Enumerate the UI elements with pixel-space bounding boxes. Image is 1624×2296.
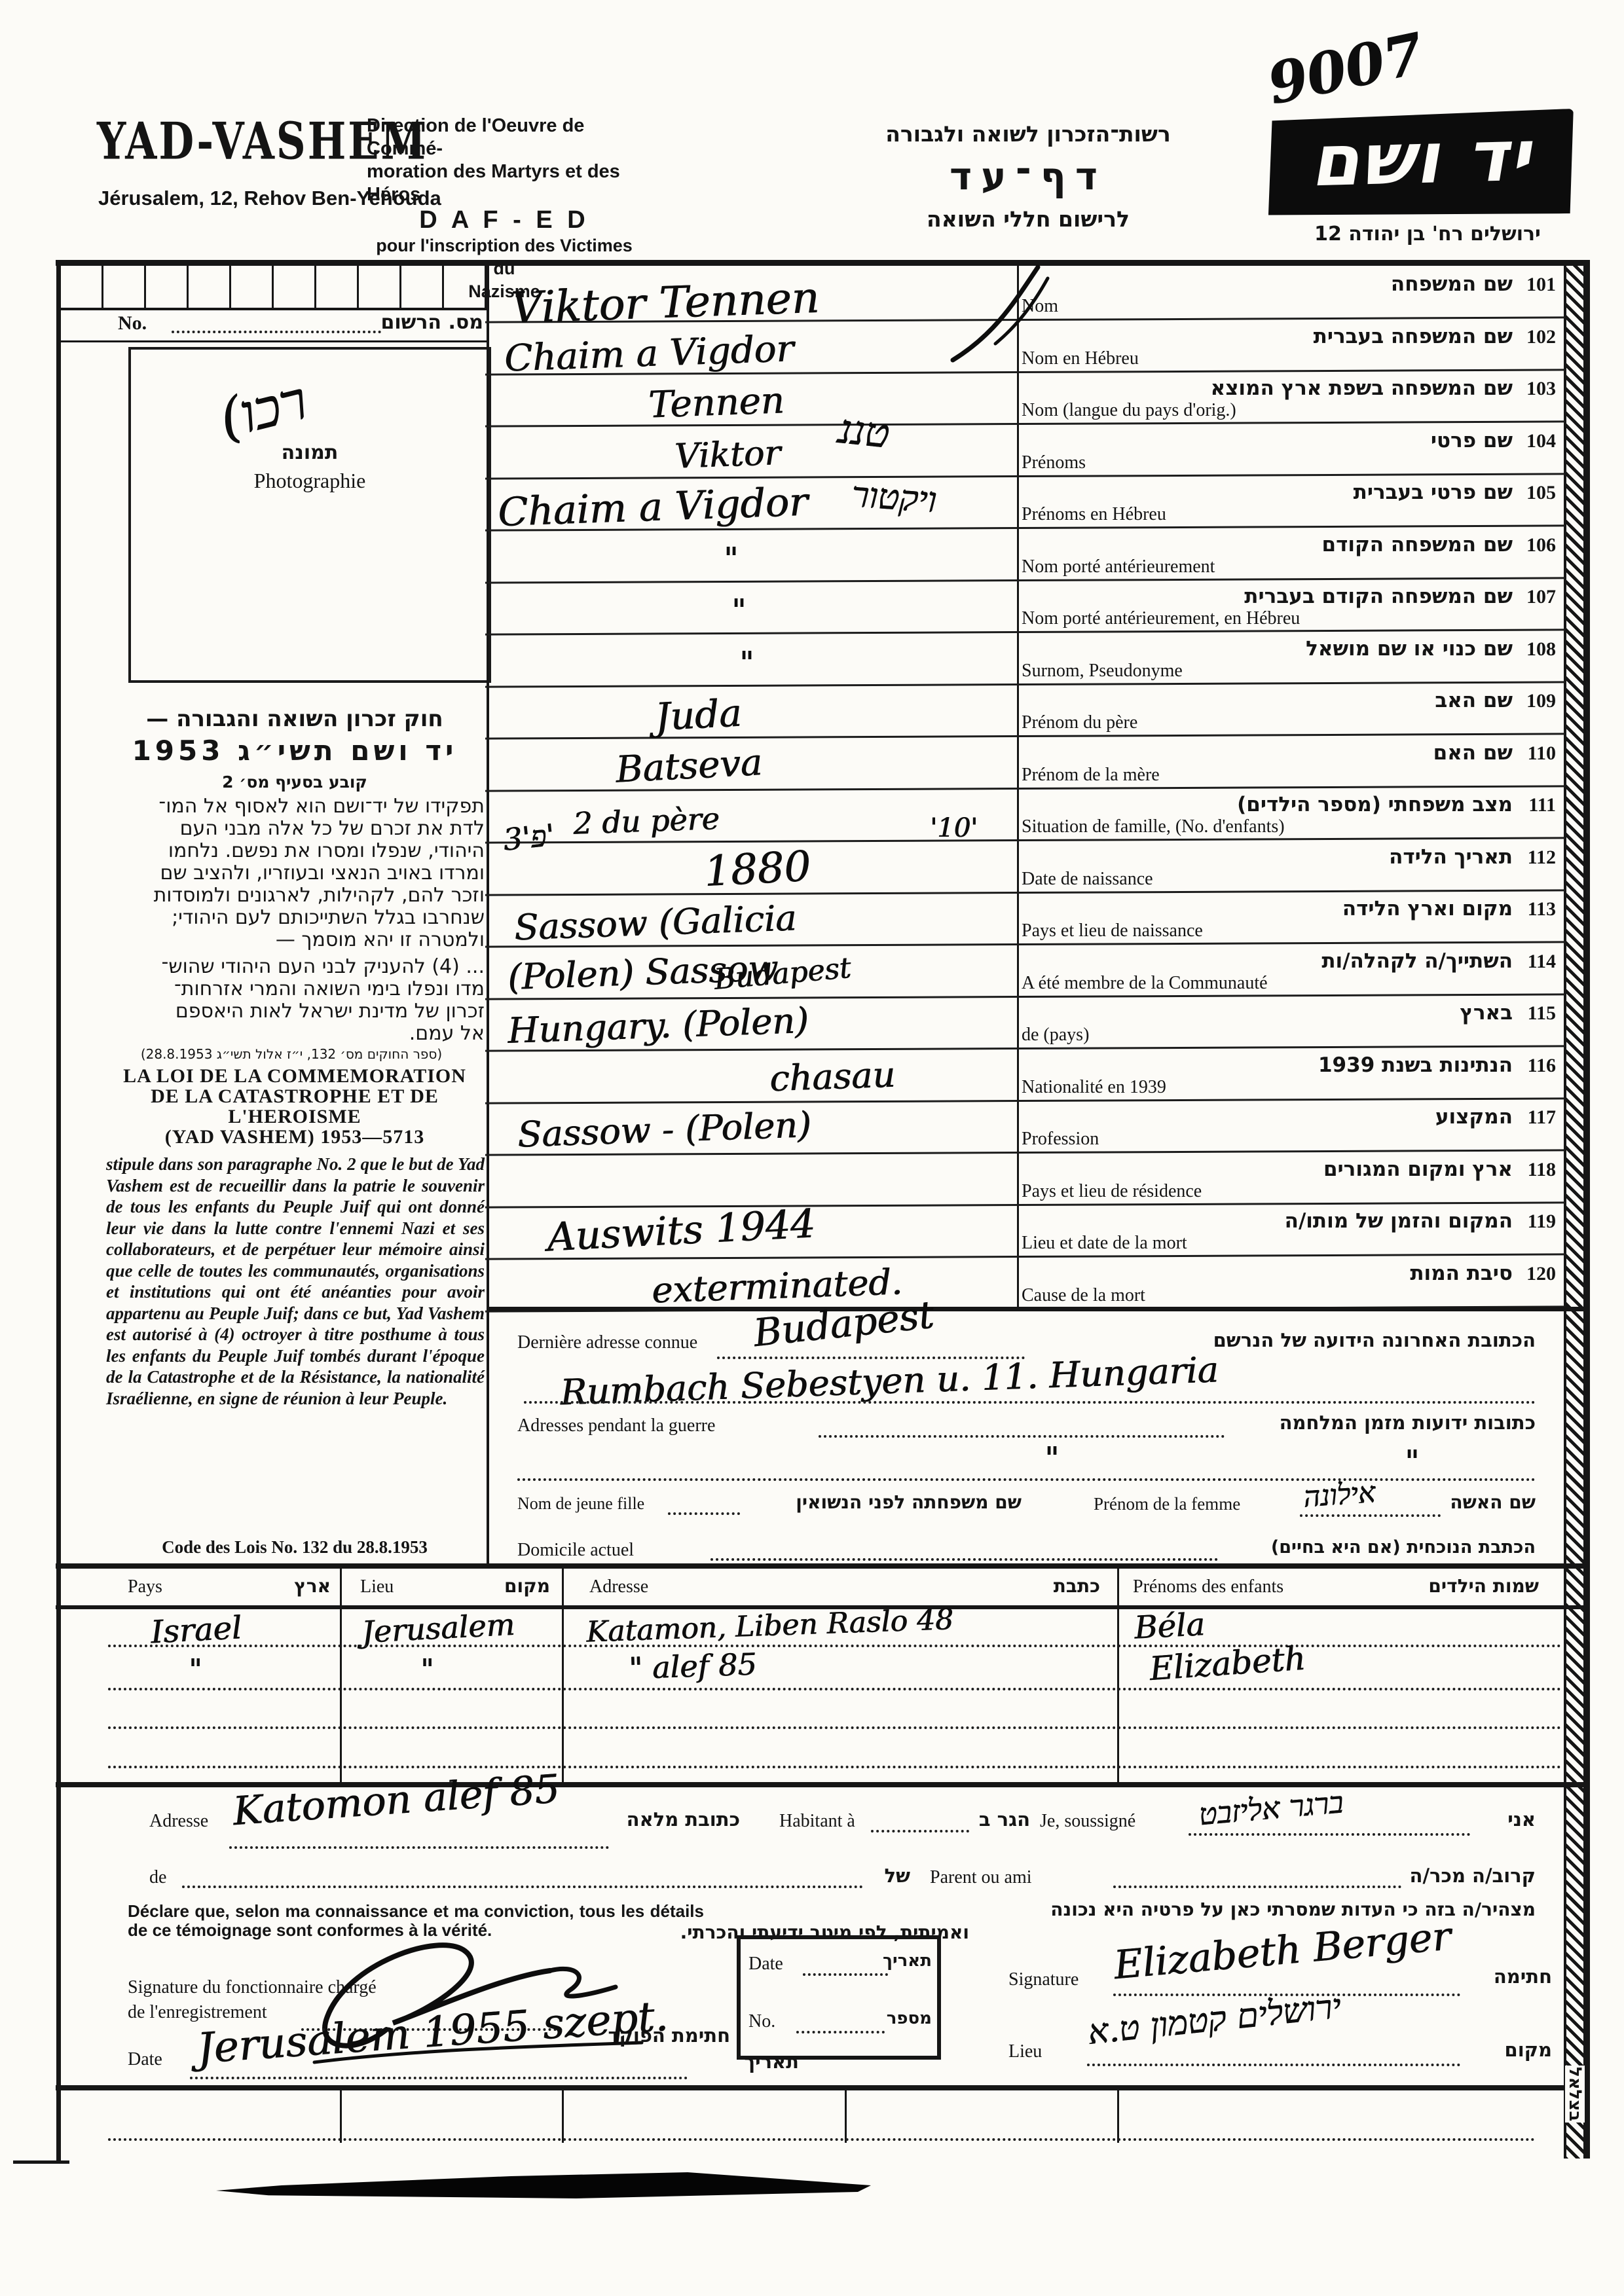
handwritten-value: exterminated. <box>651 1261 903 1311</box>
box-date-dotline <box>803 1973 888 1976</box>
war-addresses-label-french: Adresses pendant la guerre <box>517 1415 715 1436</box>
parent-ami-dotline <box>1113 1886 1401 1888</box>
field-label-hebrew: המקום והזמן של מותו/ה <box>1285 1209 1513 1233</box>
field-label-hebrew: שם המשפחה בשפת ארץ המוצא <box>1211 376 1513 400</box>
law-french-title-line: L'HEROISME <box>105 1106 485 1127</box>
dafed-title: D A F - E D <box>367 209 642 232</box>
field-number: 120 <box>1526 1263 1556 1285</box>
handwritten-value: Hungary. (Polen) <box>507 1000 809 1051</box>
habitant-dotline <box>871 1830 969 1832</box>
handwritten-hebrew-row104: ויקטור <box>850 474 938 521</box>
top-cells-row <box>61 262 488 310</box>
handwritten-value: Tennen <box>648 379 785 426</box>
wife-name-label-french: Prénom de la femme <box>1094 1494 1240 1514</box>
handwritten-value: Batseva <box>614 741 763 792</box>
handwritten-value: Sassow - (Polen) <box>517 1104 812 1156</box>
children-row-dotline-3 <box>108 1726 1562 1729</box>
bottom-dotline <box>108 2138 1536 2141</box>
maiden-name-label-hebrew: שם משפחתה לפני הנשואין <box>747 1491 1022 1513</box>
children-header-adresse-he: כתבת <box>969 1575 1100 1597</box>
law-hebrew-body-line: תפקידו של יד־ושם הוא לאסוף אל המו־ <box>106 795 485 818</box>
law-french-title: LA LOI DE LA COMMEMORATIONDE LA CATASTRO… <box>105 1066 485 1147</box>
pen-flourish-icon <box>917 262 1061 373</box>
handwritten-value: Sassow (Galicia <box>513 897 797 948</box>
yad-vashem-logo: יד ושם <box>1266 109 1576 221</box>
domicile-label-hebrew: הכתבת הנוכחית (אם היא בחיים) <box>1225 1537 1536 1558</box>
registry-no-hebrew: מס. הרשום <box>385 311 483 334</box>
field-number: 105 <box>1526 482 1556 504</box>
photo-label-french: Photographie <box>131 469 489 493</box>
handwritten-value: Viktor <box>674 433 781 477</box>
child-row2-pays: " <box>189 1653 202 1686</box>
law-french-body: stipule dans son paragraphe No. 2 que le… <box>106 1154 485 1409</box>
field-number: 113 <box>1528 898 1556 920</box>
field-label-french: Nationalité en 1939 <box>1022 1077 1166 1098</box>
adresse-dotline <box>229 1846 609 1849</box>
parent-ami-label: Parent ou ami <box>930 1867 1032 1888</box>
child-row1-adresse: Katamon, Liben Raslo 48 <box>585 1603 953 1649</box>
date-label-hebrew: תאריך <box>714 2050 799 2073</box>
handwritten-wife-name: אילונה <box>1302 1476 1376 1514</box>
header-hebrew-authority: רשות־הזכרון לשואה ולגבורה <box>871 121 1185 147</box>
field-label-french: Nom porté antérieurement <box>1022 556 1215 577</box>
field-label-french: Nom (langue du pays d'orig.) <box>1022 400 1236 421</box>
field-label-french: Prénom du père <box>1022 712 1137 733</box>
header-hebrew-dafed: דף־עד <box>871 154 1185 198</box>
field-label-french: Nom porté antérieurement, en Hébreu <box>1022 608 1300 629</box>
form-row: 105 שם פרטי בעברית Prénoms en Hébreu Cha… <box>488 477 1565 529</box>
children-header-lieu-he: מקום <box>468 1575 550 1597</box>
field-label-french: Cause de la mort <box>1022 1285 1145 1306</box>
handwritten-value: Viktor Tennen <box>510 272 820 333</box>
official-signature-label-line2: de l'enregistrement <box>128 2002 267 2023</box>
photo-label-hebrew: תמונה <box>131 441 489 464</box>
habitant-label-hebrew: הגר ב <box>974 1808 1030 1831</box>
form-row: 115 בארץ de (pays) Hungary. (Polen) <box>488 997 1565 1049</box>
field-label-hebrew: סיבת המות <box>1410 1262 1513 1285</box>
date-dotline <box>190 2077 688 2079</box>
de-dotline <box>182 1886 863 1888</box>
field-label-hebrew: שם פרטי <box>1431 429 1513 452</box>
form-row: 118 ארץ ומקום המגורים Pays et lieu de ré… <box>488 1154 1565 1206</box>
handwritten-soussigne-value: ברגר אליזבט <box>1197 1784 1344 1832</box>
box-date-label-hebrew: תאריך <box>883 1951 932 1971</box>
field-label-hebrew: שם האב <box>1435 689 1513 712</box>
wife-name-dotline <box>1300 1514 1441 1517</box>
field-number: 118 <box>1528 1159 1556 1181</box>
field-number: 115 <box>1528 1002 1556 1025</box>
photo-scribble: (רכו <box>213 369 312 450</box>
child-row2-lieu: " <box>420 1653 434 1686</box>
children-row-dotline-4 <box>108 1766 1562 1768</box>
lieu-label: Lieu <box>1008 2041 1042 2062</box>
form-row: 114 השתייך/ה לקהלה/ות A été membre de la… <box>488 945 1565 998</box>
form-row: 112 תאריך הלידה Date de naissance 1880 <box>488 841 1565 894</box>
children-row-dotline-1 <box>108 1645 1562 1647</box>
bottom-stub-1 <box>340 2090 342 2143</box>
handwritten-page-number: 9007 <box>1262 20 1429 118</box>
registry-row-rule <box>61 340 488 342</box>
field-label-hebrew: מקום וארץ הלידה <box>1342 897 1513 920</box>
children-header-lieu: Lieu <box>360 1576 394 1597</box>
field-label-hebrew: ארץ ומקום המגורים <box>1323 1157 1513 1181</box>
child-row1-prenom: Béla <box>1134 1606 1206 1647</box>
signature-label: Signature <box>1008 1969 1079 1990</box>
law-hebrew-body: תפקידו של יד־ושם הוא לאסוף אל המו־לדת את… <box>106 795 485 951</box>
printer-mark-vertical: בצלאל <box>1565 2066 1585 2123</box>
soussigne-label: Je, soussigné <box>1040 1811 1135 1832</box>
law-hebrew-clause: ... (4) להעניק לבני העם היהודי שהוש־מדו … <box>106 956 485 1045</box>
war-addresses-dotline2 <box>517 1478 1536 1481</box>
lieu-dotline <box>1087 2064 1460 2066</box>
law-hebrew-body-line: היהודי, שנפלו ומסרו את נפשם. נלחמו <box>106 840 485 862</box>
form-row: 106 שם המשפחה הקודם Nom porté antérieure… <box>488 529 1565 581</box>
field-label-hebrew: שם המשפחה הקודם בעברית <box>1244 585 1513 608</box>
adresse-label: Adresse <box>149 1811 208 1832</box>
law-hebrew-body-line: שנחרבו בגלל השתייכותם לעם היהודי; <box>106 907 485 929</box>
field-label-hebrew: המקצוע <box>1435 1105 1513 1129</box>
signature-label-hebrew: חתימה <box>1480 1965 1552 1988</box>
form-row: 117 המקצוע Profession Sassow - (Polen) <box>488 1101 1565 1154</box>
left-border-foot <box>13 2160 69 2164</box>
field-label-french: Prénoms en Hébreu <box>1022 504 1166 525</box>
handwritten-value: Chaim a Vigdor <box>497 479 809 536</box>
form-row: 109 שם האב Prénom du père Juda <box>488 685 1565 737</box>
law-french-title-line: DE LA CATASTROPHE ET DE <box>105 1086 485 1106</box>
law-hebrew-source: (ספר החוקים מס׳ 132, י״ז אלול תשי״ג 28.8… <box>98 1046 485 1062</box>
field-number: 112 <box>1528 847 1556 869</box>
law-hebrew-body-line: וזכר להם, לקהילות, לארגונים ולמוסדות <box>106 884 485 907</box>
children-col-divider-1 <box>340 1569 342 1782</box>
box-no-label: No. <box>748 2011 775 2032</box>
field-number: 104 <box>1526 430 1556 452</box>
field-label-hebrew: תאריך הלידה <box>1389 845 1513 869</box>
field-number: 108 <box>1526 638 1556 661</box>
form-row: 119 המקום והזמן של מותו/ה Lieu et date d… <box>488 1205 1565 1258</box>
box-no-label-hebrew: מספר <box>887 2009 932 2028</box>
handwritten-value: Juda <box>654 691 743 740</box>
handwritten-value: " <box>739 645 754 682</box>
header-hebrew-sub: לרישום חללי השואה <box>871 206 1185 232</box>
habitant-label: Habitant à <box>779 1811 855 1832</box>
handwritten-value: chasau <box>769 1053 896 1099</box>
form-row: 108 שם כנוי או שם מושאל Surnom, Pseudony… <box>488 633 1565 685</box>
law-hebrew-clause-line: מדו ונפלו בימי השואה והמרי אזרחות־ <box>106 978 485 1000</box>
children-table-top-rule <box>56 1563 1590 1569</box>
bottom-rule <box>56 2085 1590 2090</box>
form-row: 110 שם האם Prénom de la mère Batseva <box>488 737 1565 790</box>
de-label-hebrew: של <box>871 1865 910 1887</box>
children-header-pays: Pays <box>128 1576 162 1597</box>
registry-no-label: No. <box>118 312 147 335</box>
law-hebrew-body-line: לדת את זכרם של כל אלה מבני העם <box>106 818 485 840</box>
handwritten-row111-left: פ'3' <box>501 817 556 858</box>
handwritten-value: 1880 <box>703 842 812 896</box>
soussigne-label-hebrew: אני <box>1486 1808 1536 1831</box>
field-label-hebrew: שם פרטי בעברית <box>1354 481 1513 504</box>
domicile-dotline <box>710 1558 1218 1561</box>
right-border-outer <box>1583 260 1590 2159</box>
children-header-pays-he: ארץ <box>255 1575 331 1597</box>
field-number: 101 <box>1526 274 1556 296</box>
field-label-hebrew: השתייך/ה לקהלה/ות <box>1321 949 1513 973</box>
field-number: 109 <box>1526 690 1556 712</box>
field-number: 111 <box>1528 794 1556 816</box>
de-label: de <box>149 1867 166 1888</box>
scan-smear <box>216 2172 871 2198</box>
field-label-french: Pays et lieu de naissance <box>1022 920 1203 941</box>
handwritten-war-ditto2: " <box>1405 1444 1419 1480</box>
field-number: 103 <box>1526 378 1556 400</box>
field-label-french: Pays et lieu de résidence <box>1022 1181 1202 1202</box>
handwritten-value: Auswits 1944 <box>545 1201 816 1260</box>
lieu-label-hebrew: מקום <box>1480 2039 1552 2061</box>
handwritten-row111-right: '10' <box>930 813 978 843</box>
handwritten-value: " <box>724 541 738 577</box>
form-row: 103 שם המשפחה בשפת ארץ המוצא Nom (langue… <box>488 373 1565 425</box>
field-label-hebrew: שם המשפחה <box>1391 272 1513 296</box>
child-row1-lieu: Jerusalem <box>361 1607 515 1650</box>
children-col-divider-3 <box>1117 1569 1119 1782</box>
soussigne-dotline <box>1189 1833 1470 1836</box>
wife-name-label-hebrew: שם האשה <box>1450 1491 1536 1513</box>
handwritten-value: 2 du père <box>572 801 720 841</box>
bottom-stub-2 <box>562 2090 564 2143</box>
field-number: 110 <box>1528 742 1556 765</box>
field-number: 116 <box>1528 1055 1556 1077</box>
law-hebrew-body-line: ומרדו באויב הנאצי ובעוזריו, ולהציב שם <box>106 862 485 884</box>
field-label-french: Lieu et date de la mort <box>1022 1233 1187 1254</box>
law-french-code: Code des Lois No. 132 du 28.8.1953 <box>105 1537 485 1558</box>
law-hebrew-title3: קובע בסעיף מס׳ 2 <box>105 773 485 792</box>
children-header-prenoms: Prénoms des enfants <box>1133 1576 1283 1597</box>
direction-line1: Direction de l'Oeuvre de Commé- <box>367 115 642 160</box>
law-hebrew-title2: יד ושם תשי״ג 1953 <box>105 735 485 767</box>
law-hebrew-clause-line: זכרון של מדינת ישראל לאות היאספם <box>106 1000 485 1023</box>
logo-caption: ירושלים רח' בן יהודה 12 <box>1283 223 1572 246</box>
field-number: 114 <box>1528 951 1556 973</box>
field-number: 102 <box>1526 326 1556 348</box>
war-addresses-dotline1 <box>819 1435 1225 1438</box>
form-row: 116 הנתינות בשנת 1939 Nationalité en 193… <box>488 1049 1565 1102</box>
adresse-label-hebrew: כתובת מלאה <box>612 1808 740 1831</box>
daf-ed-form-page: 9007 YAD-VASHEM Jérusalem, 12, Rehov Ben… <box>0 0 1624 2296</box>
form-row: 111 מצב משפחתי (מספר הילדים) Situation d… <box>488 789 1565 841</box>
field-label-hebrew: בארץ <box>1460 1001 1513 1025</box>
form-row: 107 שם המשפחה הקודם בעברית Nom porté ant… <box>488 581 1565 633</box>
field-number: 107 <box>1526 586 1556 608</box>
last-address-label-hebrew: הכתובת האחרונה הידועה של הנרשם <box>1218 1329 1536 1351</box>
field-label-french: Profession <box>1022 1129 1099 1150</box>
field-label-french: Situation de famille, (No. d'enfants) <box>1022 816 1285 837</box>
handwritten-war-ditto1: " <box>1044 1440 1059 1477</box>
handwritten-lieu-value: ירושלים קטמון ט.א <box>1086 1987 1343 2052</box>
form-row: 113 מקום וארץ הלידה Pays et lieu de nais… <box>488 893 1565 945</box>
child-row2-adresse: " alef 85 <box>628 1647 757 1686</box>
bottom-stub-3 <box>845 2090 847 2143</box>
registry-no-line <box>172 331 381 333</box>
field-label-hebrew: שם המשפחה הקודם <box>1322 533 1513 556</box>
children-row-dotline-2 <box>108 1688 1562 1690</box>
box-date-label: Date <box>748 1954 783 1975</box>
handwritten-value: " <box>731 592 746 629</box>
law-french-title-line: (YAD VASHEM) 1953—5713 <box>105 1127 485 1147</box>
field-label-hebrew: שם כנוי או שם מושאל <box>1306 637 1513 661</box>
direction-line2: moration des Martyrs et des Héros <box>367 160 642 206</box>
bottom-stub-4 <box>1117 2090 1119 2143</box>
domicile-label-french: Domicile actuel <box>517 1540 634 1561</box>
field-label-french: A été membre de la Communauté <box>1022 973 1268 994</box>
children-header-prenoms-he: שמות הילדים <box>1388 1575 1539 1597</box>
handwritten-signature-value: Elizabeth Berger <box>1112 1914 1452 1989</box>
photo-box: (רכו תמונה Photographie <box>128 347 491 683</box>
right-border <box>1564 260 1590 2159</box>
left-border <box>56 260 61 2162</box>
parent-ami-label-hebrew: קרוב/ה מכר/ה <box>1408 1865 1536 1887</box>
field-number: 117 <box>1528 1106 1556 1129</box>
law-hebrew-title1: חוק זכרון השואה והגבורה — <box>105 706 485 732</box>
field-label-french: de (pays) <box>1022 1025 1089 1046</box>
field-label-french: Prénom de la mère <box>1022 765 1160 786</box>
children-header-adresse: Adresse <box>589 1576 648 1597</box>
form-row: 104 שם פרטי Prénoms Viktor <box>488 425 1565 477</box>
children-col-divider-2 <box>562 1569 564 1782</box>
maiden-name-dotline <box>668 1512 740 1515</box>
handwritten-hebrew-row103: טננ <box>836 405 891 458</box>
field-label-hebrew: הנתינות בשנת 1939 <box>1318 1053 1513 1077</box>
box-no-dotline <box>796 2031 885 2033</box>
date-label: Date <box>128 2049 162 2070</box>
last-address-dotline2 <box>524 1401 1536 1404</box>
field-label-hebrew: שם האם <box>1433 741 1513 765</box>
field-label-french: Surnom, Pseudonyme <box>1022 661 1183 682</box>
date-no-box: Date תאריך No. מספר <box>737 1935 941 2060</box>
field-number: 119 <box>1528 1211 1556 1233</box>
war-addresses-label-hebrew: כתובות ידועות מזמן המלחמה <box>1238 1412 1536 1434</box>
law-french-title-line: LA LOI DE LA COMMEMORATION <box>105 1066 485 1086</box>
field-label-french: Date de naissance <box>1022 869 1153 890</box>
handwritten-adresse-value: Katomon alef 85 <box>231 1766 561 1835</box>
law-hebrew-clause-line: ... (4) להעניק לבני העם היהודי שהוש־ <box>106 956 485 978</box>
maiden-name-label-french: Nom de jeune fille <box>517 1494 644 1514</box>
form-row: 120 סיבת המות Cause de la mort extermina… <box>488 1258 1565 1310</box>
field-label-french: Prénoms <box>1022 452 1086 473</box>
law-hebrew-body-line: ולמטרה זו יהא מוסמך — <box>106 929 485 951</box>
law-hebrew-clause-line: אל עמם. <box>106 1023 485 1045</box>
field-number: 106 <box>1526 534 1556 556</box>
field-label-hebrew: מצב משפחתי (מספר הילדים) <box>1237 793 1513 816</box>
last-address-label-french: Dernière adresse connue <box>517 1332 697 1353</box>
field-label-hebrew: שם המשפחה בעברית <box>1314 325 1513 348</box>
logo-text: יד ושם <box>1266 114 1576 204</box>
